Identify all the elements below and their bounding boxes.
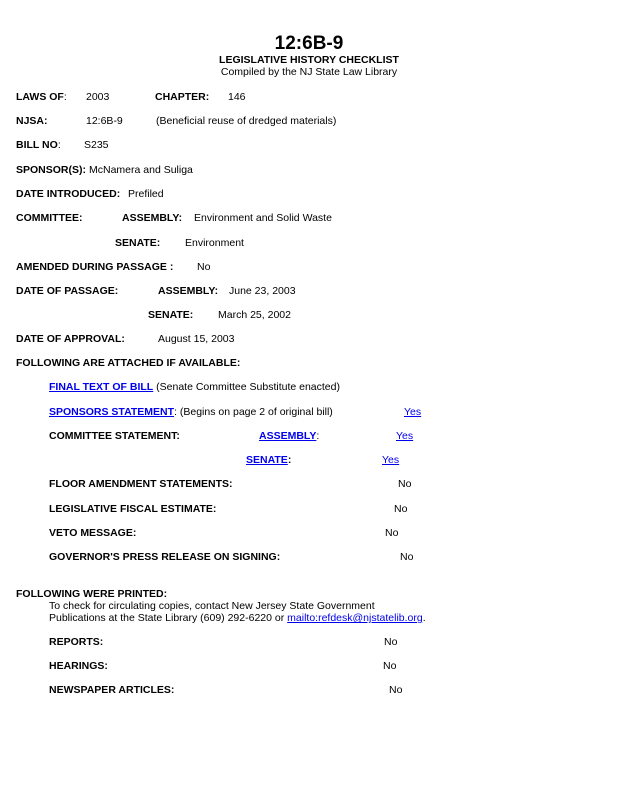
chapter-value: 146 (228, 91, 246, 104)
hearings-value: No (383, 660, 396, 673)
committee-statement-assembly: ASSEMBLY: (259, 430, 319, 443)
laws-of-row: LAWS OF: (16, 91, 67, 104)
sponsors-statement-link[interactable]: SPONSORS STATEMENT (49, 406, 174, 418)
final-text-note: (Senate Committee Substitute enacted) (153, 381, 340, 393)
attached-heading: FOLLOWING ARE ATTACHED IF AVAILABLE: (16, 357, 240, 370)
printed-note-prefix: Publications at the State Library (609) … (49, 612, 287, 624)
njsa-description: (Beneficial reuse of dredged materials) (156, 115, 336, 128)
committee-statement-senate-yes-link[interactable]: Yes (382, 454, 399, 467)
passage-senate-value: March 25, 2002 (218, 309, 291, 322)
press-release-value: No (400, 551, 413, 564)
committee-statement-label: COMMITTEE STATEMENT: (49, 430, 180, 443)
sponsors-statement-yes-link[interactable]: Yes (404, 406, 421, 419)
date-introduced-label: DATE INTRODUCED: (16, 188, 120, 201)
veto-message-value: No (385, 527, 398, 540)
press-release-label: GOVERNOR'S PRESS RELEASE ON SIGNING: (49, 551, 280, 564)
bill-no-row: BILL NO: (16, 139, 61, 152)
printed-note-line2: Publications at the State Library (609) … (49, 612, 426, 625)
date-of-passage-label: DATE OF PASSAGE: (16, 285, 118, 298)
committee-assembly-value: Environment and Solid Waste (194, 212, 332, 225)
laws-of-value: 2003 (86, 91, 109, 104)
committee-statement-assembly-yes-link[interactable]: Yes (396, 430, 413, 443)
njsa-value: 12:6B-9 (86, 115, 123, 128)
committee-statement-senate: SENATE: (246, 454, 291, 467)
newspaper-articles-value: No (389, 684, 402, 697)
committee-senate-value: Environment (185, 237, 244, 250)
committee-statement-assembly-colon: : (316, 430, 319, 442)
reports-value: No (384, 636, 397, 649)
laws-of-colon: : (64, 91, 67, 103)
committee-statement-senate-colon: : (288, 454, 292, 466)
floor-amendment-label: FLOOR AMENDMENT STATEMENTS: (49, 478, 233, 491)
page-title: 12:6B-9 (0, 33, 618, 55)
fiscal-estimate-label: LEGISLATIVE FISCAL ESTIMATE: (49, 503, 216, 516)
sponsors-statement-note: : (Begins on page 2 of original bill) (174, 406, 333, 418)
printed-note-suffix: . (423, 612, 426, 624)
bill-no-label: BILL NO (16, 139, 58, 151)
sponsors-value: McNamera and Suliga (89, 164, 193, 177)
amended-value: No (197, 261, 210, 274)
committee-assembly-label: ASSEMBLY: (122, 212, 182, 225)
newspaper-articles-label: NEWSPAPER ARTICLES: (49, 684, 174, 697)
veto-message-label: VETO MESSAGE: (49, 527, 136, 540)
committee-statement-assembly-link[interactable]: ASSEMBLY (259, 430, 316, 442)
passage-assembly-label: ASSEMBLY: (158, 285, 218, 298)
njsa-label: NJSA: (16, 115, 48, 128)
final-text-row: FINAL TEXT OF BILL (Senate Committee Sub… (49, 381, 340, 394)
sponsors-statement-row: SPONSORS STATEMENT: (Begins on page 2 of… (49, 406, 333, 419)
bill-no-value: S235 (84, 139, 109, 152)
passage-assembly-value: June 23, 2003 (229, 285, 296, 298)
reports-label: REPORTS: (49, 636, 103, 649)
sponsors-label: SPONSOR(S): (16, 164, 86, 177)
amended-label: AMENDED DURING PASSAGE : (16, 261, 173, 274)
fiscal-estimate-value: No (394, 503, 407, 516)
laws-of-label: LAWS OF (16, 91, 64, 103)
date-introduced-value: Prefiled (128, 188, 164, 201)
hearings-label: HEARINGS: (49, 660, 108, 673)
committee-senate-label: SENATE: (115, 237, 160, 250)
date-of-approval-value: August 15, 2003 (158, 333, 234, 346)
floor-amendment-value: No (398, 478, 411, 491)
committee-statement-senate-link[interactable]: SENATE (246, 454, 288, 466)
compiled-by: Compiled by the NJ State Law Library (0, 66, 618, 79)
email-link[interactable]: mailto:refdesk@njstatelib.org (287, 612, 423, 624)
passage-senate-label: SENATE: (148, 309, 193, 322)
committee-label: COMMITTEE: (16, 212, 83, 225)
chapter-label: CHAPTER: (155, 91, 209, 104)
bill-no-colon: : (58, 139, 61, 151)
date-of-approval-label: DATE OF APPROVAL: (16, 333, 125, 346)
final-text-link[interactable]: FINAL TEXT OF BILL (49, 381, 153, 393)
